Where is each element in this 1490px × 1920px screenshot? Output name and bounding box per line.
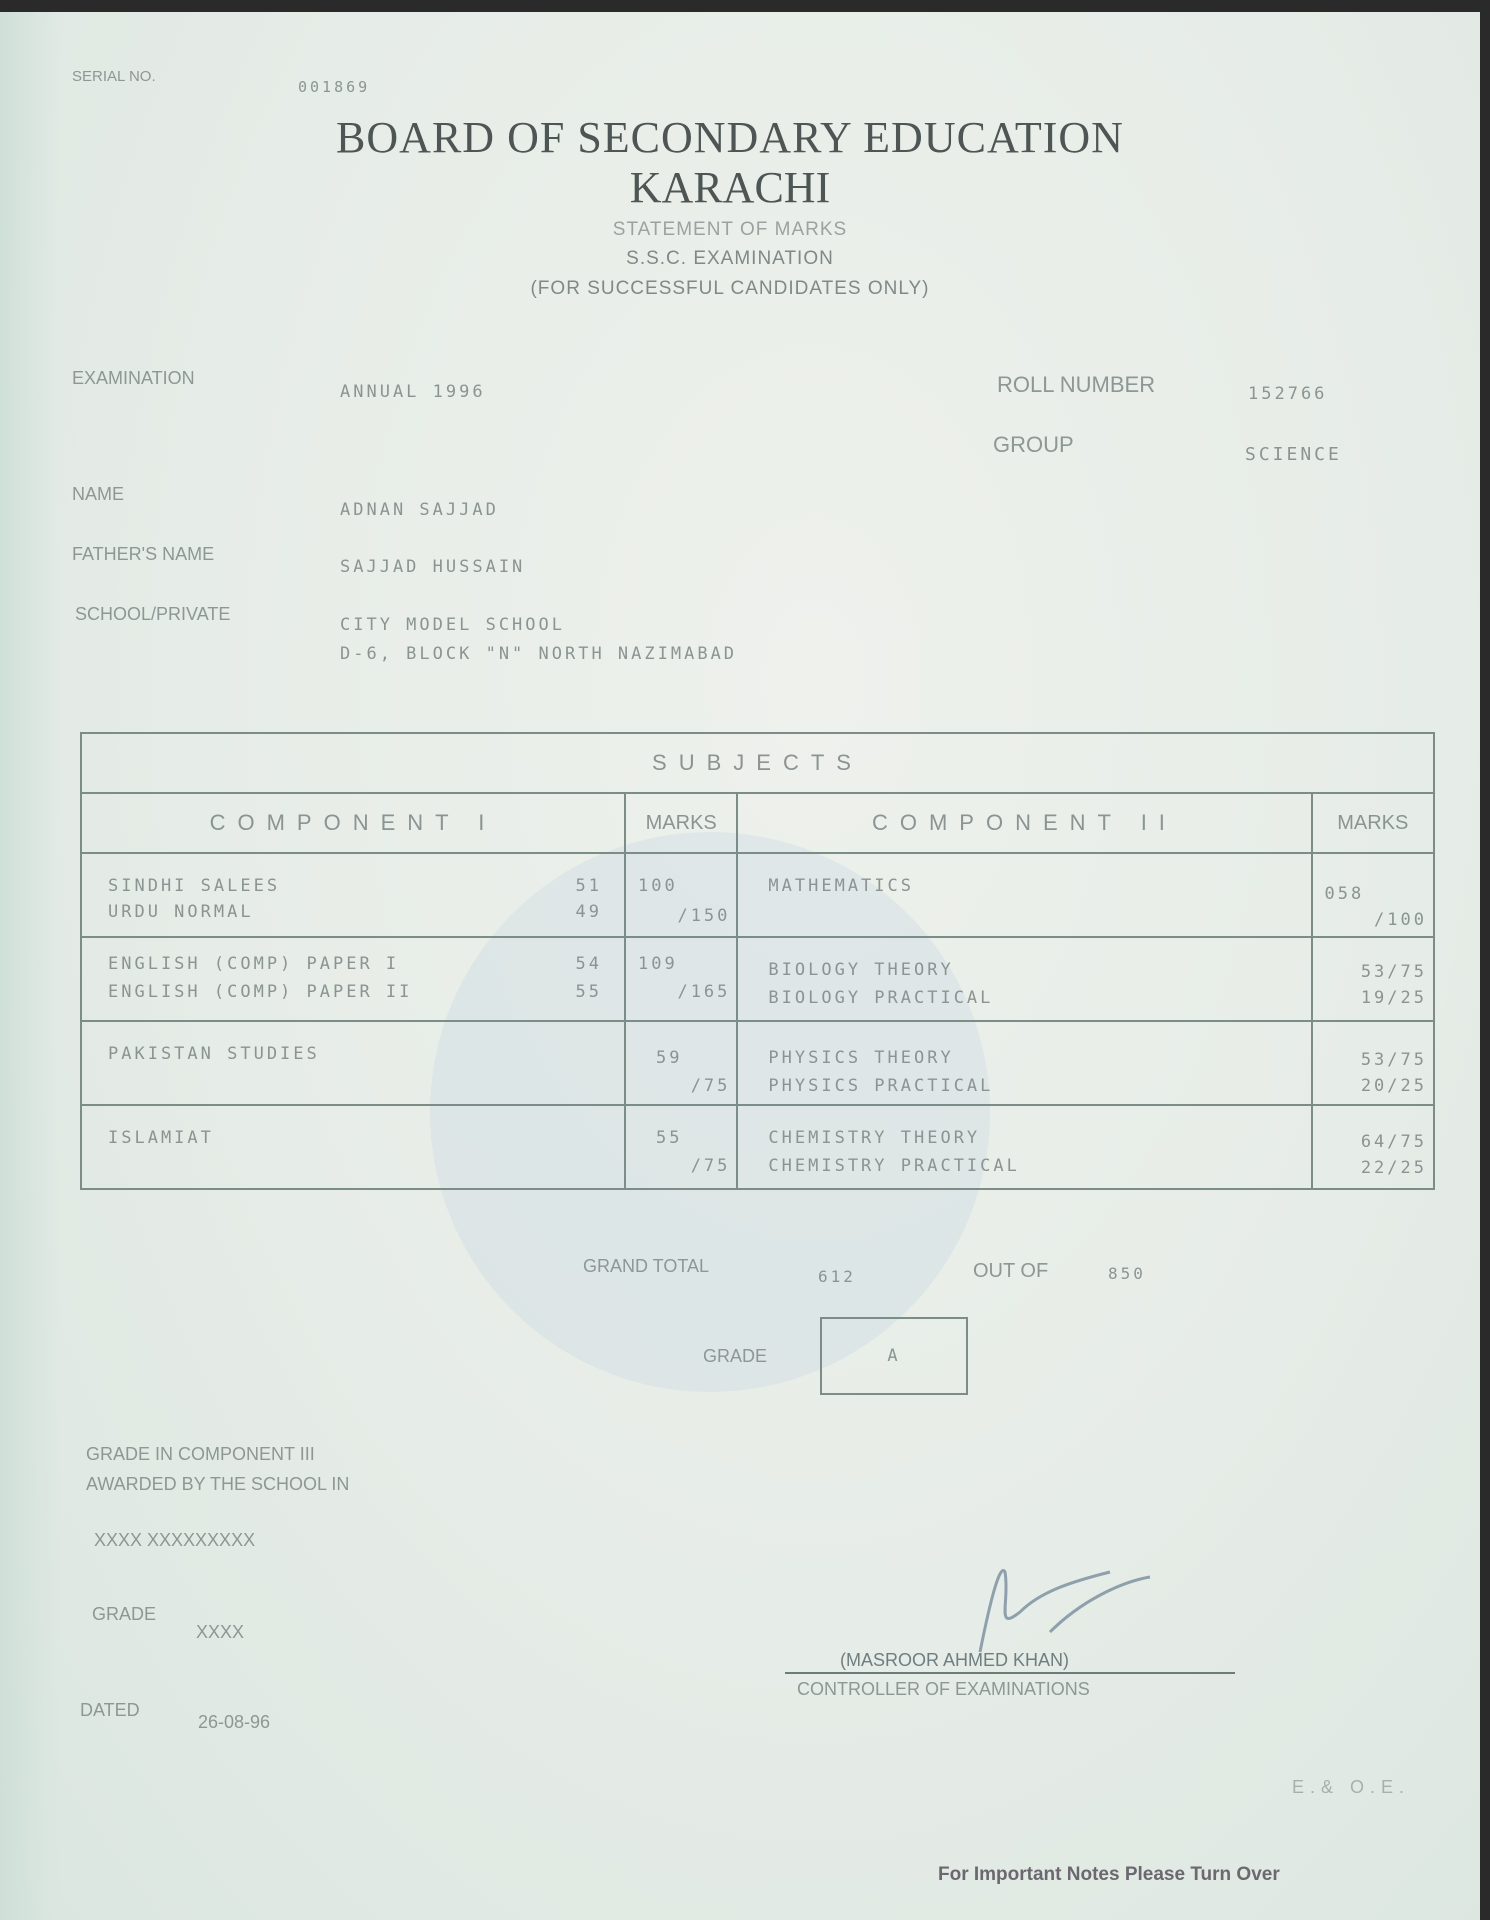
group-label: GROUP [993,432,1074,458]
exam-type: S.S.C. EXAMINATION [290,248,1170,270]
component3-grade-note-line1: GRADE IN COMPONENT III [86,1444,315,1465]
out-of-label: OUT OF [973,1260,1048,1283]
school-line1: CITY MODEL SCHOOL [340,615,565,635]
marks2-header: MARKS [1312,793,1434,853]
marks1-header: MARKS [625,793,737,853]
subjects-title: SUBJECTS [652,750,863,775]
serial-label: SERIAL NO. [72,68,156,85]
signatory-title: CONTROLLER OF EXAMINATIONS [797,1679,1090,1700]
father-name-value: SAJJAD HUSSAIN [340,557,525,577]
school-label: SCHOOL/PRIVATE [75,604,230,625]
father-name-label: FATHER'S NAME [72,544,214,565]
grand-total-label: GRAND TOTAL [583,1256,709,1277]
table-row: PAKISTAN STUDIES 59/75 PHYSICS THEORYPHY… [81,1021,1434,1105]
examination-value: ANNUAL 1996 [340,382,486,402]
dated-label: DATED [80,1700,140,1721]
table-row: SINDHI SALEES51URDU NORMAL49 100/150 MAT… [81,853,1434,937]
table-row: ENGLISH (COMP) PAPER I54ENGLISH (COMP) P… [81,937,1434,1021]
signature-line [785,1672,1235,1674]
successful-note: (FOR SUCCESSFUL CANDIDATES ONLY) [290,278,1170,300]
component3-grade-value: XXXX [196,1622,244,1643]
eoe-mark: E.& O.E. [1292,1777,1410,1798]
grade-label: GRADE [703,1346,767,1367]
board-city: KARACHI [290,162,1170,213]
statement-of-marks: STATEMENT OF MARKS [290,219,1170,241]
turn-over-note: For Important Notes Please Turn Over [938,1864,1280,1886]
out-of-value: 850 [1108,1264,1146,1283]
grade-value: A [887,1346,900,1366]
roll-number-value: 152766 [1248,384,1327,404]
component3-grade-note-line2: AWARDED BY THE SCHOOL IN [86,1474,349,1495]
component3-subject: XXXX XXXXXXXXX [94,1530,255,1551]
component2-header: COMPONENT II [737,793,1311,853]
signatory-name: (MASROOR AHMED KHAN) [840,1650,1069,1671]
dated-value: 26-08-96 [198,1712,270,1733]
name-value: ADNAN SAJJAD [340,500,499,520]
signature-icon [960,1542,1160,1662]
table-row: ISLAMIAT 55/75 CHEMISTRY THEORYCHEMISTRY… [81,1105,1434,1189]
grade-box: A [820,1317,968,1395]
name-label: NAME [72,484,124,505]
component3-grade-label: GRADE [92,1604,156,1625]
roll-number-label: ROLL NUMBER [997,372,1155,398]
examination-label: EXAMINATION [72,368,195,389]
subjects-table: SUBJECTS COMPONENT I MARKS COMPONENT II … [80,732,1435,1190]
school-line2: D-6, BLOCK "N" NORTH NAZIMABAD [340,644,737,664]
component1-header: COMPONENT I [81,793,625,853]
marks-statement-document: SERIAL NO. 001869 BOARD OF SECONDARY EDU… [0,12,1480,1920]
grand-total-value: 612 [818,1267,856,1286]
serial-value: 001869 [298,78,370,96]
board-title: BOARD OF SECONDARY EDUCATION [290,112,1170,163]
group-value: SCIENCE [1245,444,1342,465]
subjects-title-cell: SUBJECTS [81,733,1434,793]
